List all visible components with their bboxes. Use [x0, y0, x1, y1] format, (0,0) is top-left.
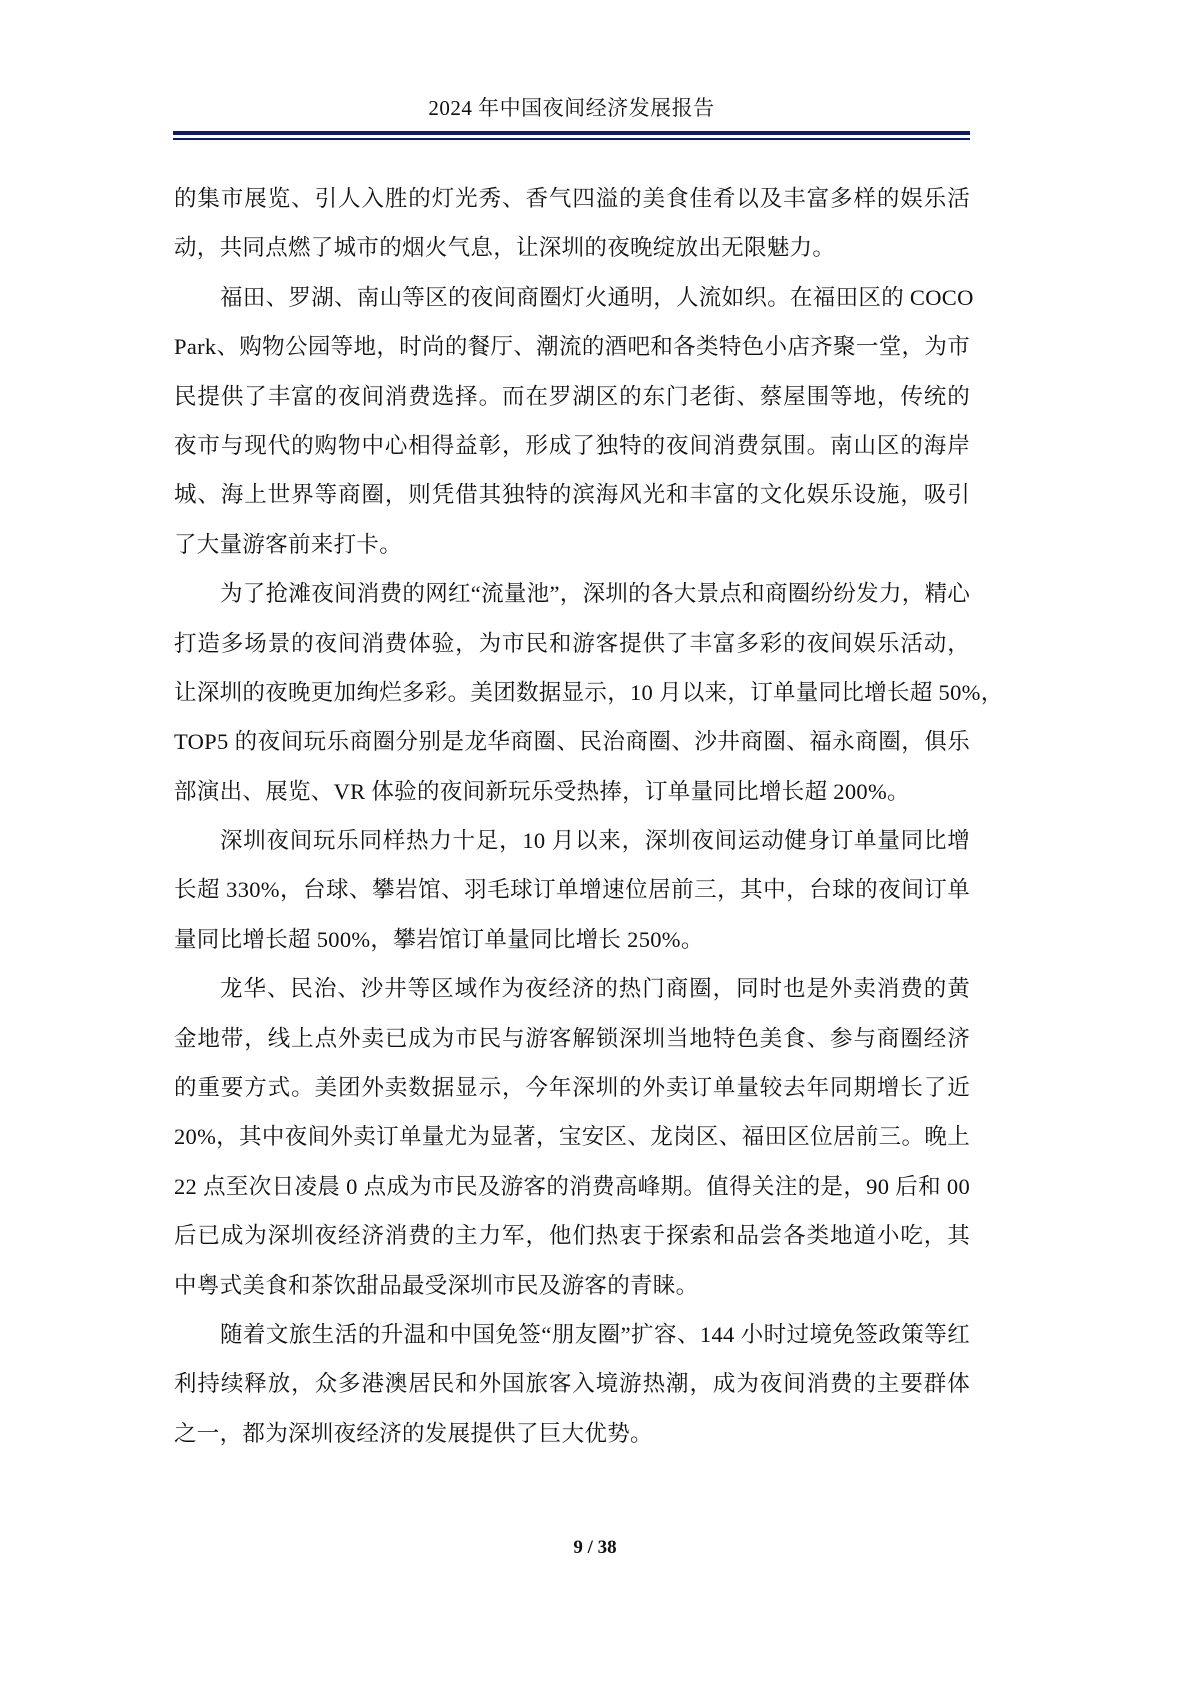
text-line: 20%，其中夜间外卖订单量尤为显著，宝安区、龙岗区、福田区位居前三。晚上	[174, 1112, 970, 1161]
text-line: 后已成为深圳夜经济消费的主力军，他们热衷于探索和品尝各类地道小吃，其	[174, 1211, 970, 1260]
text-line: 龙华、民治、沙井等区域作为夜经济的热门商圈，同时也是外卖消费的黄	[174, 964, 970, 1013]
report-title: 2024 年中国夜间经济发展报告	[173, 96, 970, 120]
text-line: 中粤式美食和茶饮甜品最受深圳市民及游客的青睐。	[174, 1261, 970, 1310]
text-line: 福田、罗湖、南山等区的夜间商圈灯火通明，人流如织。在福田区的 COCO	[174, 273, 970, 322]
header-rule-thick	[173, 131, 970, 135]
paragraph: 龙华、民治、沙井等区域作为夜经济的热门商圈，同时也是外卖消费的黄 金地带，线上点…	[174, 964, 970, 1310]
paragraph: 深圳夜间玩乐同样热力十足，10 月以来，深圳夜间运动健身订单量同比增 长超 33…	[174, 816, 970, 964]
text-line: 城、海上世界等商圈，则凭借其独特的滨海风光和丰富的文化娱乐设施，吸引	[174, 470, 970, 519]
text-line: 打造多场景的夜间消费体验，为市民和游客提供了丰富多彩的夜间娱乐活动，	[174, 619, 970, 668]
text-line: 了大量游客前来打卡。	[174, 520, 970, 569]
text-line: 长超 330%，台球、攀岩馆、羽毛球订单增速位居前三，其中，台球的夜间订单	[174, 865, 970, 914]
header-rule-thin	[173, 138, 970, 140]
text-line: 民提供了丰富的夜间消费选择。而在罗湖区的东门老街、蔡屋围等地，传统的	[174, 372, 970, 421]
text-line: 深圳夜间玩乐同样热力十足，10 月以来，深圳夜间运动健身订单量同比增	[174, 816, 970, 865]
text-line: 夜市与现代的购物中心相得益彰，形成了独特的夜间消费氛围。南山区的海岸	[174, 421, 970, 470]
paragraph: 随着文旅生活的升温和中国免签“朋友圈”扩容、144 小时过境免签政策等红 利持续…	[174, 1310, 970, 1458]
text-line: 利持续释放，众多港澳居民和外国旅客入境游热潮，成为夜间消费的主要群体	[174, 1359, 970, 1408]
text-line: 22 点至次日凌晨 0 点成为市民及游客的消费高峰期。值得关注的是，90 后和 …	[174, 1162, 970, 1211]
paragraph: 为了抢滩夜间消费的网红“流量池”，深圳的各大景点和商圈纷纷发力，精心 打造多场景…	[174, 569, 970, 816]
body-text: 的集市展览、引人入胜的灯光秀、香气四溢的美食佳肴以及丰富多样的娱乐活 动，共同点…	[174, 174, 970, 1458]
paragraph: 福田、罗湖、南山等区的夜间商圈灯火通明，人流如织。在福田区的 COCO Park…	[174, 273, 970, 569]
text-line: 的重要方式。美团外卖数据显示，今年深圳的外卖订单量较去年同期增长了近	[174, 1063, 970, 1112]
text-line: 动，共同点燃了城市的烟火气息，让深圳的夜晚绽放出无限魅力。	[174, 223, 970, 272]
text-line: 让深圳的夜晚更加绚烂多彩。美团数据显示，10 月以来，订单量同比增长超 50%，	[174, 668, 970, 717]
text-line: 金地带，线上点外卖已成为市民与游客解锁深圳当地特色美食、参与商圈经济	[174, 1014, 970, 1063]
text-line: TOP5 的夜间玩乐商圈分别是龙华商圈、民治商圈、沙井商圈、福永商圈，俱乐	[174, 717, 970, 766]
text-line: 部演出、展览、VR 体验的夜间新玩乐受热捧，订单量同比增长超 200%。	[174, 767, 970, 816]
text-line: 量同比增长超 500%，攀岩馆订单量同比增长 250%。	[174, 915, 970, 964]
text-line: 随着文旅生活的升温和中国免签“朋友圈”扩容、144 小时过境免签政策等红	[174, 1310, 970, 1359]
text-line: 的集市展览、引人入胜的灯光秀、香气四溢的美食佳肴以及丰富多样的娱乐活	[174, 174, 970, 223]
page-number: 9 / 38	[0, 1537, 1190, 1559]
text-line: Park、购物公园等地，时尚的餐厅、潮流的酒吧和各类特色小店齐聚一堂，为市	[174, 322, 970, 371]
paragraph: 的集市展览、引人入胜的灯光秀、香气四溢的美食佳肴以及丰富多样的娱乐活 动，共同点…	[174, 174, 970, 273]
text-line: 为了抢滩夜间消费的网红“流量池”，深圳的各大景点和商圈纷纷发力，精心	[174, 569, 970, 618]
text-line: 之一，都为深圳夜经济的发展提供了巨大优势。	[174, 1409, 970, 1458]
